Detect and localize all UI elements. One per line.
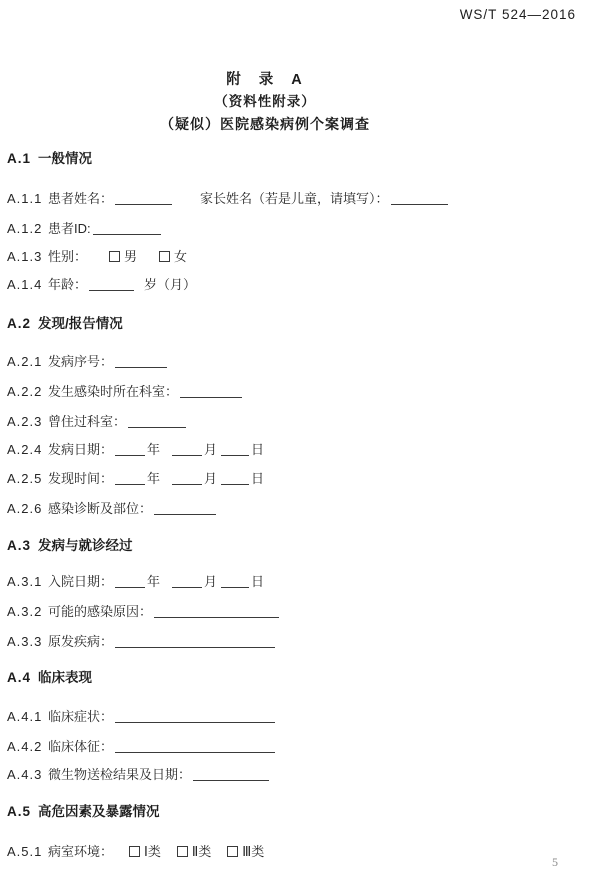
item-label: 可能的感染原因： <box>48 604 152 619</box>
page-number: 5 <box>552 855 558 870</box>
section-heading-a5: A.5高危因素及暴露情况 <box>7 804 160 820</box>
section-title: 高危因素及暴露情况 <box>38 804 160 819</box>
fill-in-blank <box>115 471 145 485</box>
option-label: 女 <box>174 249 187 264</box>
item-number: A.2.4 <box>7 442 48 458</box>
fill-in-blank <box>115 709 275 723</box>
appendix-type-note: （资料性附录） <box>0 94 530 110</box>
option-label: Ⅰ类 <box>144 844 161 859</box>
item-number: A.2.5 <box>7 471 48 487</box>
form-item-a1-1: A.1.1患者姓名：家长姓名（若是儿童，请填写）： <box>7 191 450 207</box>
ward-class-option-3: Ⅲ类 <box>227 844 264 859</box>
section-heading-a1: A.1一般情况 <box>7 151 92 167</box>
item-label: 入院日期： <box>48 574 113 589</box>
item-number: A.2.1 <box>7 354 48 370</box>
option-label: Ⅱ类 <box>192 844 211 859</box>
item-number: A.1.4 <box>7 277 48 293</box>
form-title: （疑似）医院感染病例个案调查 <box>0 116 530 132</box>
section-heading-a2: A.2发现/报告情况 <box>7 316 123 332</box>
fill-in-blank <box>115 442 145 456</box>
fill-in-blank <box>115 739 275 753</box>
fill-in-blank <box>391 191 448 205</box>
item-label: 病室环境： <box>48 844 113 859</box>
unit-year: 年 <box>147 442 160 457</box>
fill-in-blank <box>180 384 242 398</box>
form-item-a3-2: A.3.2可能的感染原因： <box>7 604 281 620</box>
item-number: A.4.1 <box>7 709 48 725</box>
item-label: 患者姓名： <box>48 191 113 206</box>
unit-year: 年 <box>147 574 160 589</box>
section-number: A.4 <box>7 670 38 686</box>
option-label: 男 <box>124 249 137 264</box>
item-number: A.4.3 <box>7 767 48 783</box>
form-item-a1-4: A.1.4年龄：岁（月） <box>7 277 196 293</box>
section-number: A.2 <box>7 316 38 332</box>
section-title: 发现/报告情况 <box>38 316 123 331</box>
item-number: A.4.2 <box>7 739 48 755</box>
item-label: 临床症状： <box>48 709 113 724</box>
form-item-a4-2: A.4.2临床体征： <box>7 739 277 755</box>
item-suffix: 岁（月） <box>144 277 196 292</box>
unit-month: 月 <box>204 471 217 486</box>
item-number: A.3.2 <box>7 604 48 620</box>
standard-number: WS/T 524—2016 <box>460 7 576 22</box>
checkbox-icon <box>109 251 120 262</box>
unit-month: 月 <box>204 574 217 589</box>
section-number: A.3 <box>7 538 38 554</box>
item-label: 年龄： <box>48 277 87 292</box>
form-item-a2-4: A.2.4发病日期：年月日 <box>7 442 266 458</box>
section-title: 临床表现 <box>38 670 92 685</box>
appendix-title: 附 录 A <box>0 72 530 88</box>
unit-day: 日 <box>251 471 264 486</box>
form-item-a5-1: A.5.1病室环境：Ⅰ类Ⅱ类Ⅲ类 <box>7 844 264 860</box>
checkbox-icon <box>159 251 170 262</box>
section-heading-a3: A.3发病与就诊经过 <box>7 538 133 554</box>
section-title: 发病与就诊经过 <box>38 538 133 553</box>
section-number: A.1 <box>7 151 38 167</box>
form-item-a2-3: A.2.3曾住过科室： <box>7 414 188 430</box>
document-page: WS/T 524—2016 附 录 A （资料性附录） （疑似）医院感染病例个案… <box>0 0 591 880</box>
fill-in-blank <box>221 574 249 588</box>
fill-in-blank <box>172 442 202 456</box>
fill-in-blank <box>115 354 167 368</box>
form-item-a2-2: A.2.2发生感染时所在科室： <box>7 384 244 400</box>
checkbox-icon <box>177 846 188 857</box>
item-label: 原发疾病： <box>48 634 113 649</box>
item-number: A.2.3 <box>7 414 48 430</box>
form-item-a2-6: A.2.6感染诊断及部位： <box>7 501 218 517</box>
fill-in-blank <box>115 574 145 588</box>
option-label: Ⅲ类 <box>242 844 264 859</box>
form-item-a3-3: A.3.3原发疾病： <box>7 634 277 650</box>
fill-in-blank <box>115 634 275 648</box>
item-label: 发病序号： <box>48 354 113 369</box>
ward-class-option-2: Ⅱ类 <box>177 844 211 859</box>
form-item-a4-3: A.4.3微生物送检结果及日期： <box>7 767 271 783</box>
gender-option-female: 女 <box>159 249 187 264</box>
unit-month: 月 <box>204 442 217 457</box>
fill-in-blank <box>172 574 202 588</box>
item-number: A.1.1 <box>7 191 48 207</box>
item-label: 发现时间： <box>48 471 113 486</box>
fill-in-blank <box>115 191 172 205</box>
gender-option-male: 男 <box>109 249 137 264</box>
item-label: 性别： <box>48 249 87 264</box>
form-item-a2-1: A.2.1发病序号： <box>7 354 169 370</box>
form-item-a4-1: A.4.1临床症状： <box>7 709 277 725</box>
item-number: A.2.2 <box>7 384 48 400</box>
item-label: 感染诊断及部位： <box>48 501 152 516</box>
unit-day: 日 <box>251 574 264 589</box>
fill-in-blank <box>193 767 269 781</box>
item-label: 曾住过科室： <box>48 414 126 429</box>
fill-in-blank <box>154 501 216 515</box>
fill-in-blank <box>89 277 134 291</box>
form-item-a1-3: A.1.3性别：男女 <box>7 249 187 265</box>
fill-in-blank <box>128 414 186 428</box>
fill-in-blank <box>93 221 161 235</box>
item-label: 微生物送检结果及日期： <box>48 767 191 782</box>
item-label: 临床体征： <box>48 739 113 754</box>
checkbox-icon <box>227 846 238 857</box>
fill-in-blank <box>154 604 279 618</box>
section-number: A.5 <box>7 804 38 820</box>
checkbox-icon <box>129 846 140 857</box>
item-number: A.3.3 <box>7 634 48 650</box>
fill-in-blank <box>172 471 202 485</box>
form-item-a1-2: A.1.2患者ID: <box>7 221 163 237</box>
item-number: A.1.3 <box>7 249 48 265</box>
form-item-a2-5: A.2.5发现时间：年月日 <box>7 471 266 487</box>
item-number: A.3.1 <box>7 574 48 590</box>
ward-class-option-1: Ⅰ类 <box>129 844 161 859</box>
item-number: A.5.1 <box>7 844 48 860</box>
item-label: 患者ID: <box>48 221 91 236</box>
item-label: 发生感染时所在科室： <box>48 384 178 399</box>
fill-in-blank <box>221 442 249 456</box>
section-heading-a4: A.4临床表现 <box>7 670 92 686</box>
unit-year: 年 <box>147 471 160 486</box>
item-label-secondary: 家长姓名（若是儿童，请填写）： <box>200 191 389 206</box>
item-number: A.1.2 <box>7 221 48 237</box>
unit-day: 日 <box>251 442 264 457</box>
item-number: A.2.6 <box>7 501 48 517</box>
item-label: 发病日期： <box>48 442 113 457</box>
form-item-a3-1: A.3.1入院日期：年月日 <box>7 574 266 590</box>
fill-in-blank <box>221 471 249 485</box>
section-title: 一般情况 <box>38 151 92 166</box>
